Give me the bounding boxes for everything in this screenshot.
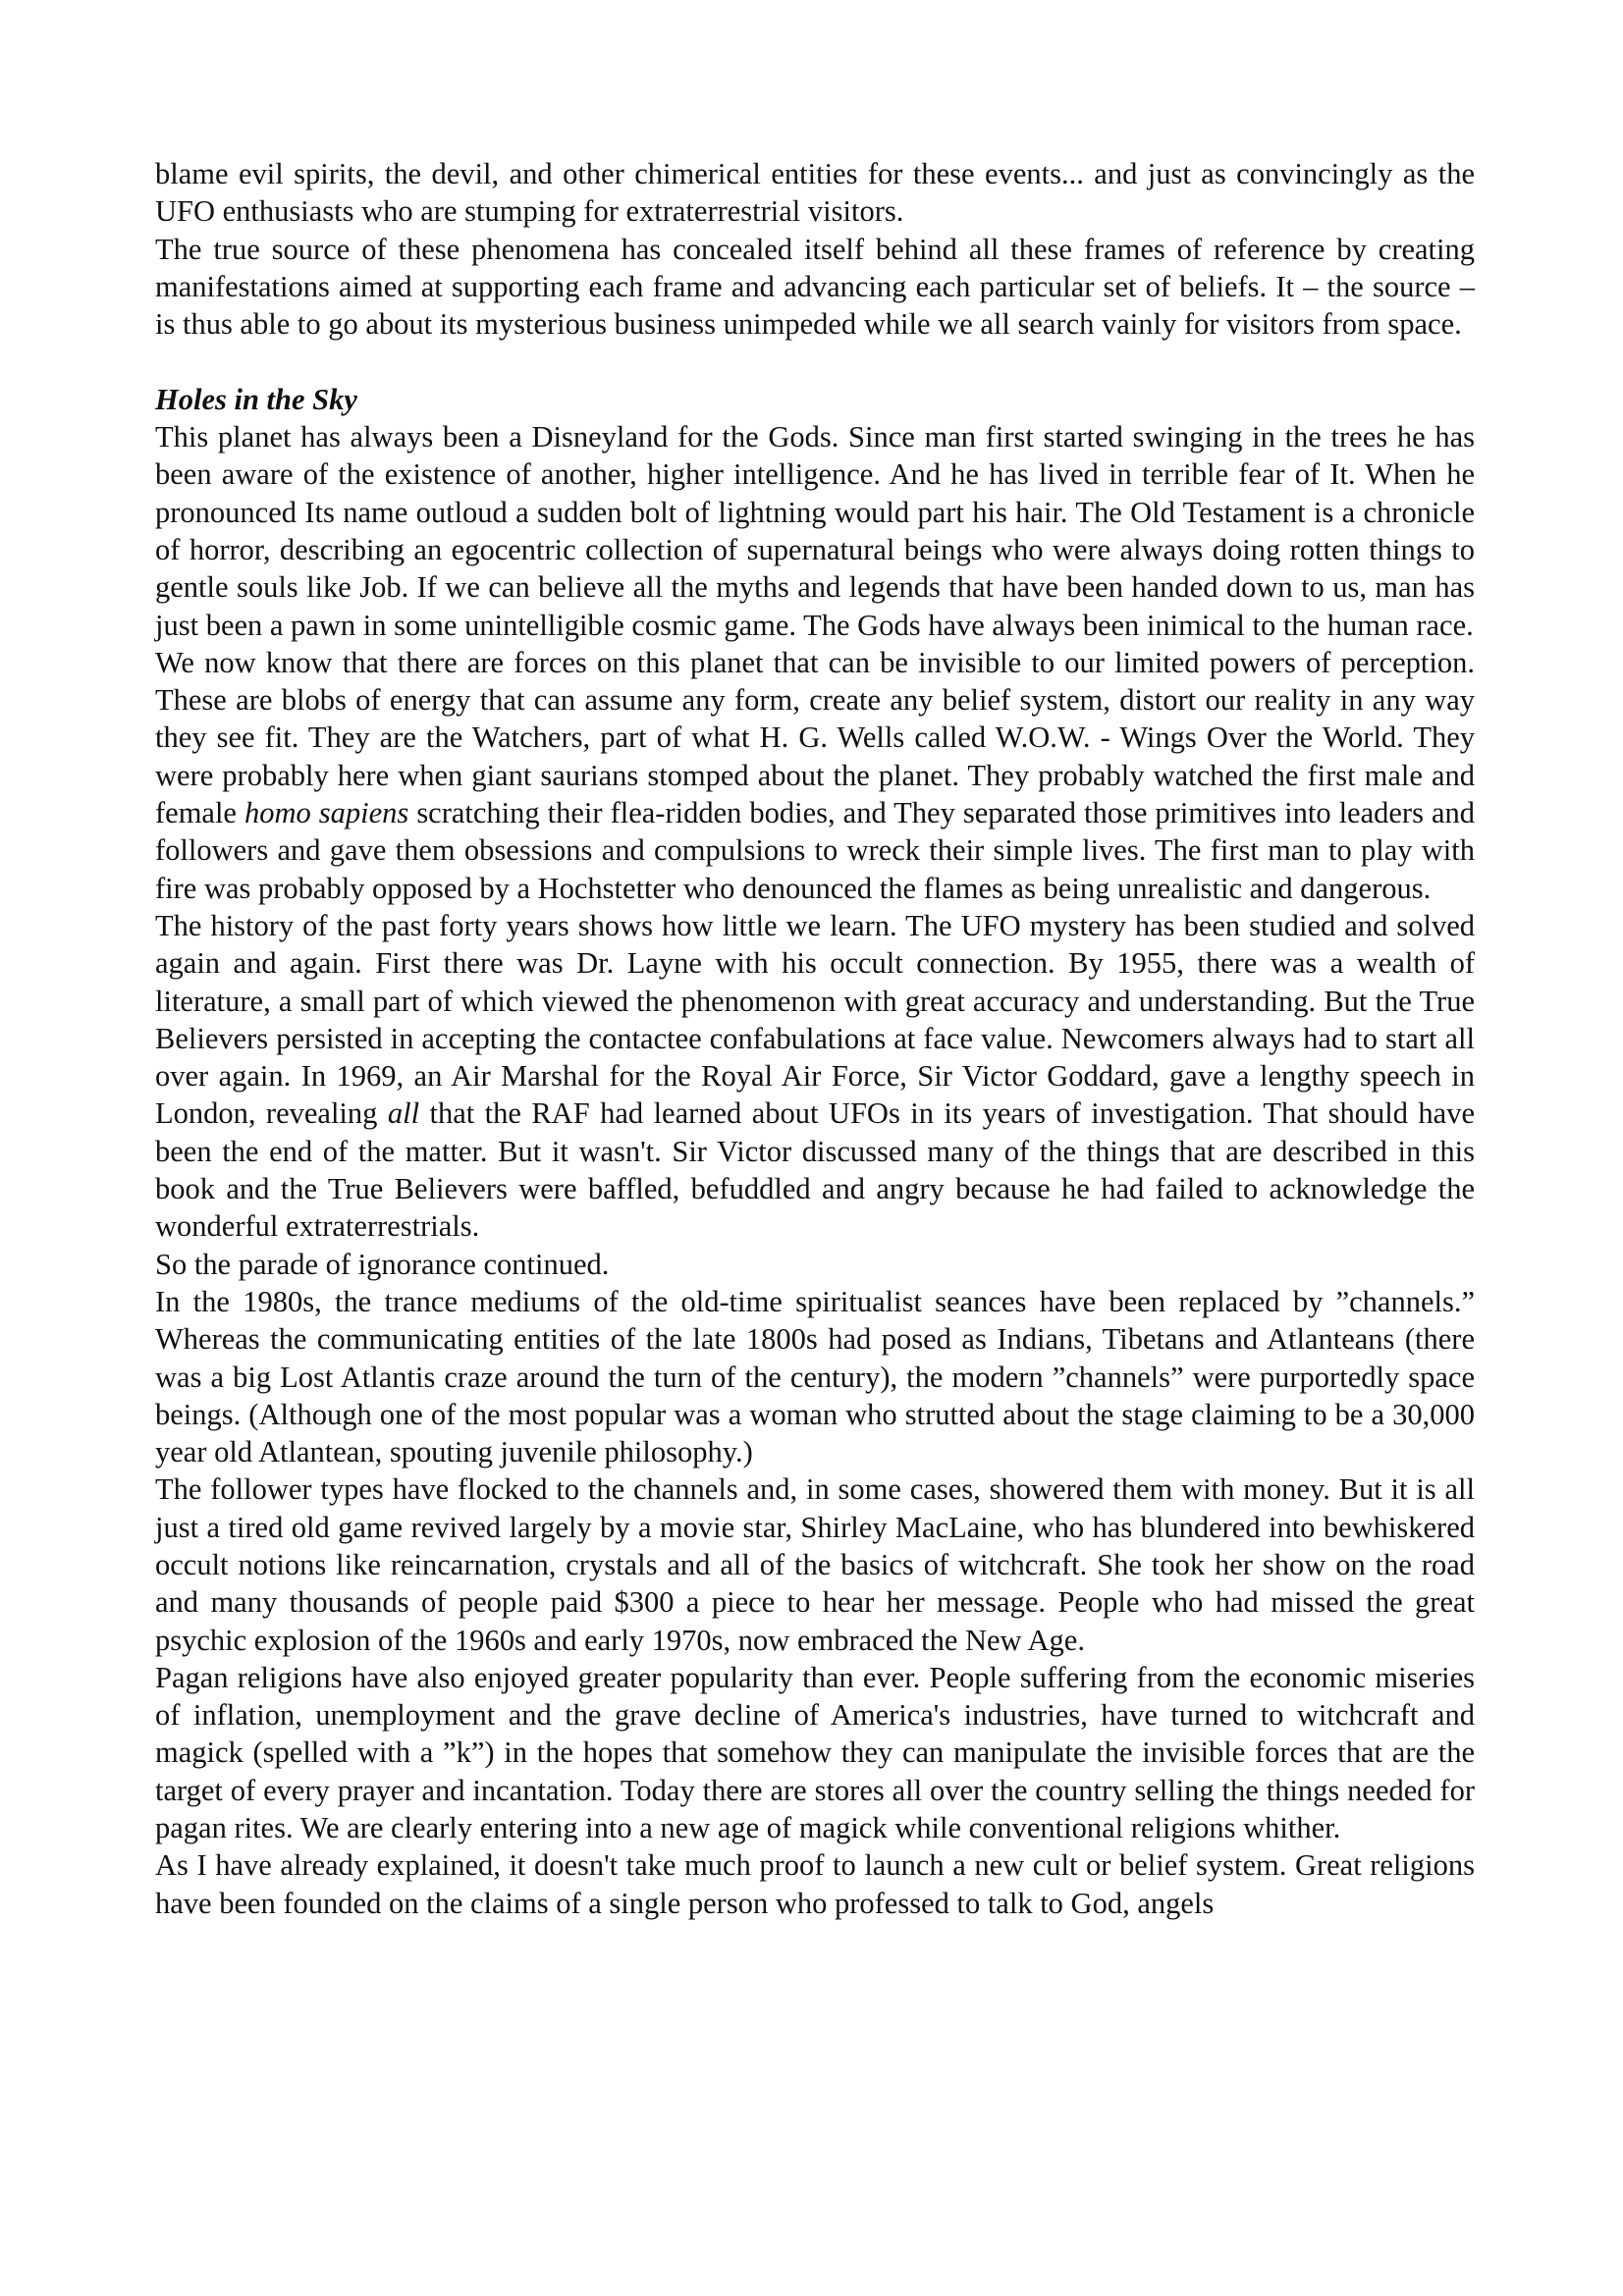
paragraph-religions: As I have already explained, it doesn't … bbox=[155, 1846, 1475, 1922]
paragraph-watchers: We now know that there are forces on thi… bbox=[155, 644, 1475, 907]
paragraph-gods: This planet has always been a Disneyland… bbox=[155, 418, 1475, 644]
paragraph-pagan: Pagan religions have also enjoyed greate… bbox=[155, 1659, 1475, 1846]
paragraph-intro-2: The true source of these phenomena has c… bbox=[155, 231, 1475, 344]
paragraph-intro-1: blame evil spirits, the devil, and other… bbox=[155, 155, 1475, 231]
italic-term: all bbox=[388, 1096, 419, 1130]
paragraph-history: The history of the past forty years show… bbox=[155, 907, 1475, 1246]
paragraph-channels: In the 1980s, the trance mediums of the … bbox=[155, 1283, 1475, 1470]
paragraph-parade: So the parade of ignorance continued. bbox=[155, 1246, 1475, 1283]
section-heading: Holes in the Sky bbox=[155, 381, 1475, 418]
italic-term: homo sapiens bbox=[244, 796, 408, 829]
paragraph-spacer bbox=[155, 343, 1475, 380]
paragraph-followers: The follower types have flocked to the c… bbox=[155, 1470, 1475, 1658]
document-page: blame evil spirits, the devil, and other… bbox=[155, 155, 1475, 1922]
